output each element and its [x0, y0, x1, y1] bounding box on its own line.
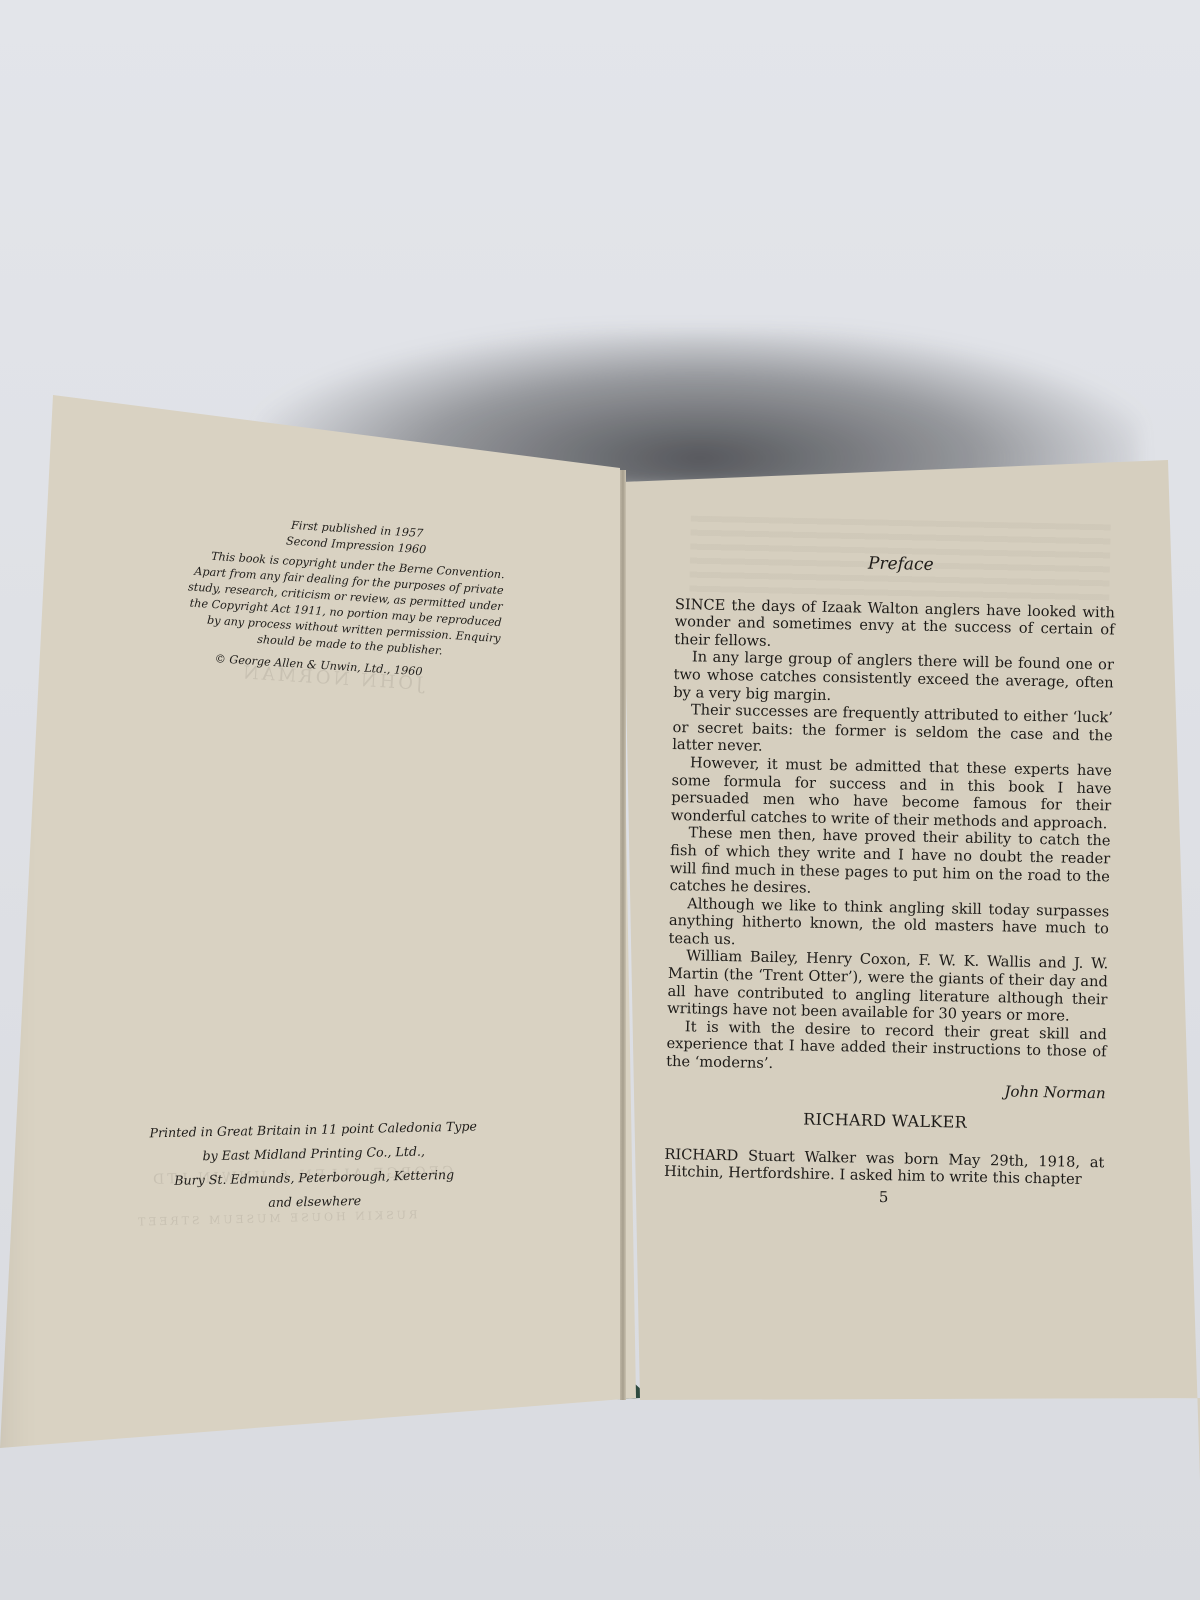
preface-paragraph: Their successes are frequently attribute… [672, 701, 1113, 762]
preface-paragraph: These men then, have proved their abilit… [669, 824, 1110, 903]
copyright-imprint: First published in 1957 Second Impressio… [158, 510, 507, 685]
preface-signature: John Norman [666, 1077, 1106, 1103]
preface-page: Preface SINCE the days of Izaak Walton a… [664, 552, 1116, 1211]
preface-paragraph: However, it must be admitted that these … [671, 754, 1112, 833]
preface-paragraph: William Bailey, Henry Coxon, F. W. K. Wa… [667, 947, 1108, 1026]
chapter-title: RICHARD WALKER [665, 1108, 1105, 1134]
copyright-notice: This book is copyright under the Berne C… [160, 546, 505, 663]
preface-paragraph: Although we like to think angling skill … [668, 895, 1109, 956]
printer-info: Printed in Great Britain in 11 point Cal… [118, 1114, 510, 1218]
preface-paragraph: In any large group of anglers there will… [673, 648, 1114, 709]
preface-paragraph: It is with the desire to record their gr… [666, 1018, 1107, 1079]
book-spine-gutter [620, 470, 626, 1400]
preface-paragraph: SINCE the days of Izaak Walton anglers h… [674, 596, 1115, 657]
chapter-opening: RICHARD Stuart Walker was born May 29th,… [664, 1146, 1105, 1190]
open-book: JOHN NORMAN GEORGE ALLEN & UNWIN LTD RUS… [0, 0, 1200, 1600]
